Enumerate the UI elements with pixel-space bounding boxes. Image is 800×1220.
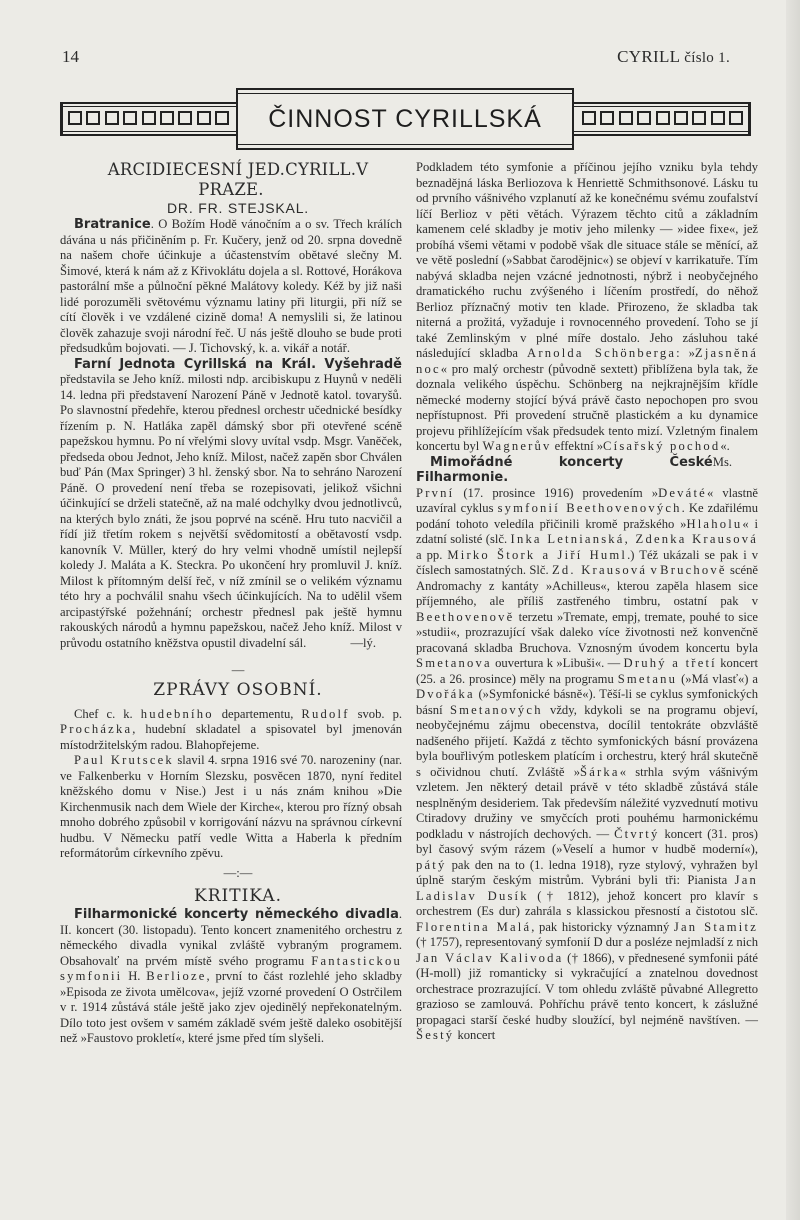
separator: — <box>60 663 402 679</box>
square-ornament-icon <box>656 111 670 125</box>
paragraph-filharmonicke: Filharmonické koncerty německého divadla… <box>60 907 402 1047</box>
section-banner: ČINNOST CYRILLSKÁ <box>60 88 751 150</box>
journal-page: 14 CYRILL číslo 1. ČINNOST CYRILLSKÁ ARC… <box>0 0 800 1220</box>
banner-title: ČINNOST CYRILLSKÁ <box>238 105 572 134</box>
square-ornament-icon <box>160 111 174 125</box>
square-ornament-icon <box>178 111 192 125</box>
square-ornament-icon <box>692 111 706 125</box>
square-ornament-icon <box>729 111 743 125</box>
paragraph-ceska-filharmonie: Mimořádné koncerty České Filharmonie.Prv… <box>416 455 758 1044</box>
paragraph-krutscek: Paul Krutscek slavil 4. srpna 1916 své 7… <box>60 753 402 862</box>
section-heading-personal-news: ZPRÁVY OSOBNÍ. <box>60 679 402 701</box>
signature-ly: —lý. <box>336 636 402 652</box>
signature-ms: Ms. <box>713 455 758 471</box>
square-ornament-icon <box>197 111 211 125</box>
square-ornament-icon <box>637 111 651 125</box>
paragraph-berlioz-continued: Podkladem této symfonie a příčinou jejíh… <box>416 160 758 455</box>
ornament-band-left <box>60 102 237 136</box>
paragraph-bratranice: Bratranice. O Božím Hodě vánočním a o sv… <box>60 217 402 357</box>
square-ornament-icon <box>123 111 137 125</box>
ornament-band-right <box>574 102 751 136</box>
left-column: ARCIDIECESNÍ JED.CYRILL.V PRAZE. DR. FR.… <box>60 160 402 1047</box>
issue-number: číslo 1. <box>684 50 730 66</box>
lead-vysehrad: Farní Jednota Cyrillská na Král. Vyšehra… <box>74 357 402 372</box>
square-ornament-icon <box>619 111 633 125</box>
square-ornaments-left <box>68 111 229 125</box>
square-ornament-icon <box>68 111 82 125</box>
paragraph-vysehrad: Farní Jednota Cyrillská na Král. Vyšehra… <box>60 357 402 652</box>
page-number: 14 <box>62 47 79 67</box>
square-ornament-icon <box>600 111 614 125</box>
running-head: CYRILL číslo 1. <box>617 47 730 67</box>
lead-bratranice: Bratranice <box>74 217 151 232</box>
article-heading: ARCIDIECESNÍ JED.CYRILL.V PRAZE. <box>60 160 402 200</box>
square-ornament-icon <box>582 111 596 125</box>
lead-ceska-filharmonie: Mimořádné koncerty České Filharmonie. <box>416 455 713 486</box>
article-author: DR. FR. STEJSKAL. <box>60 200 402 217</box>
square-ornaments-right <box>582 111 743 125</box>
lead-filharmonicke: Filharmonické koncerty německého divadla <box>74 907 399 922</box>
square-ornament-icon <box>711 111 725 125</box>
page-edge-shadow <box>786 0 800 1220</box>
right-column: Podkladem této symfonie a příčinou jejíh… <box>416 160 758 1044</box>
square-ornament-icon <box>142 111 156 125</box>
journal-name: CYRILL <box>617 47 680 66</box>
paragraph-prochazka: Chef c. k. hudebního departementu, Rudol… <box>60 707 402 754</box>
square-ornament-icon <box>674 111 688 125</box>
banner-title-box: ČINNOST CYRILLSKÁ <box>236 88 574 150</box>
section-heading-criticism: KRITIKA. <box>60 885 402 907</box>
square-ornament-icon <box>215 111 229 125</box>
square-ornament-icon <box>105 111 119 125</box>
separator: —:— <box>60 866 402 882</box>
square-ornament-icon <box>86 111 100 125</box>
